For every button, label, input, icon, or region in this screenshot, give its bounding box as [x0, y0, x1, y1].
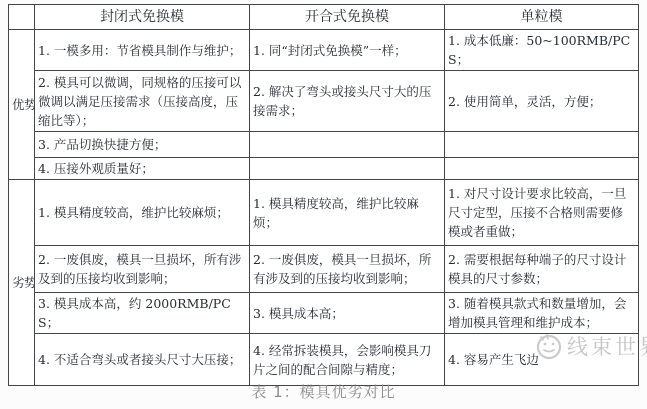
corner-cell — [9, 5, 35, 30]
table-cell — [445, 132, 639, 158]
table-row: 2. 模具可以微调，同规格的压接可以微调以满足压接需求（压接高度，压缩比等）； … — [9, 71, 639, 132]
table-row: 3. 模具成本高，约 2000RMB/PCS； 3. 模具成本高； 3. 随着模… — [9, 293, 639, 334]
page: 封闭式免换模 开合式免换模 单粒模 优势 1. 一模多用：节省模具制作与维护； … — [0, 0, 647, 409]
table-cell: 1. 对尺寸设计要求比较高，一旦尺寸定型，压接不合格则需要修模或者重做； — [445, 180, 639, 246]
table-cell — [250, 132, 445, 158]
table-cell: 1. 同“封闭式免换模”一样； — [250, 30, 445, 71]
table-cell — [250, 158, 445, 180]
table-cell: 2. 解决了弯头或接头尺寸大的压接需求； — [250, 71, 445, 132]
column-header-openclose-mold: 开合式免换模 — [250, 5, 445, 30]
row-label-advantages: 优势 — [9, 30, 35, 180]
table-cell: 1. 模具精度较高，维护比较麻烦； — [35, 180, 250, 246]
table-header-row: 封闭式免换模 开合式免换模 单粒模 — [9, 5, 639, 30]
table-cell: 2. 一废俱废，模具一旦损坏，所有涉及到的压接均收到影响； — [250, 246, 445, 293]
table-cell: 3. 模具成本高，约 2000RMB/PCS； — [35, 293, 250, 334]
table-cell: 3. 随着模具款式和数量增加，会增加模具管理和维护成本； — [445, 293, 639, 334]
table-row: 3. 产品切换快捷方便； — [9, 132, 639, 158]
table-cell: 1. 成本低廉：50~100RMB/PCS； — [445, 30, 639, 71]
table-cell: 4. 经常拆装模具，会影响模具刀片之间的配合间隙与精度； — [250, 334, 445, 386]
table-cell — [445, 158, 639, 180]
table-cell: 3. 模具成本高； — [250, 293, 445, 334]
mold-comparison-table: 封闭式免换模 开合式免换模 单粒模 优势 1. 一模多用：节省模具制作与维护； … — [8, 4, 639, 386]
table-cell: 2. 需要根据每种端子的尺寸设计模具的尺寸参数； — [445, 246, 639, 293]
table-cell: 4. 压接外观质量好； — [35, 158, 250, 180]
table-cell: 4. 容易产生飞边 — [445, 334, 639, 386]
table-caption: 表 1：模具优劣对比 — [0, 381, 647, 402]
table-row: 2. 一废俱废，模具一旦损坏，所有涉及到的压接均收到影响； 2. 一废俱废，模具… — [9, 246, 639, 293]
table-row: 劣势 1. 模具精度较高，维护比较麻烦； 1. 模具精度较高，维护比较麻烦； 1… — [9, 180, 639, 246]
row-label-disadvantages: 劣势 — [9, 180, 35, 386]
column-header-closed-mold: 封闭式免换模 — [35, 5, 250, 30]
table-row: 4. 压接外观质量好； — [9, 158, 639, 180]
table-row: 4. 不适合弯头或者接头尺寸大压接； 4. 经常拆装模具，会影响模具刀片之间的配… — [9, 334, 639, 386]
table-cell: 2. 模具可以微调，同规格的压接可以微调以满足压接需求（压接高度，压缩比等）； — [35, 71, 250, 132]
table-cell: 1. 模具精度较高，维护比较麻烦； — [250, 180, 445, 246]
table-cell: 3. 产品切换快捷方便； — [35, 132, 250, 158]
table-row: 优势 1. 一模多用：节省模具制作与维护； 1. 同“封闭式免换模”一样； 1.… — [9, 30, 639, 71]
table-cell: 1. 一模多用：节省模具制作与维护； — [35, 30, 250, 71]
table-cell: 2. 一废俱废，模具一旦损坏，所有涉及到的压接均收到影响； — [35, 246, 250, 293]
table-cell: 4. 不适合弯头或者接头尺寸大压接； — [35, 334, 250, 386]
column-header-single-mold: 单粒模 — [445, 5, 639, 30]
table-cell: 2. 使用简单，灵活，方便； — [445, 71, 639, 132]
